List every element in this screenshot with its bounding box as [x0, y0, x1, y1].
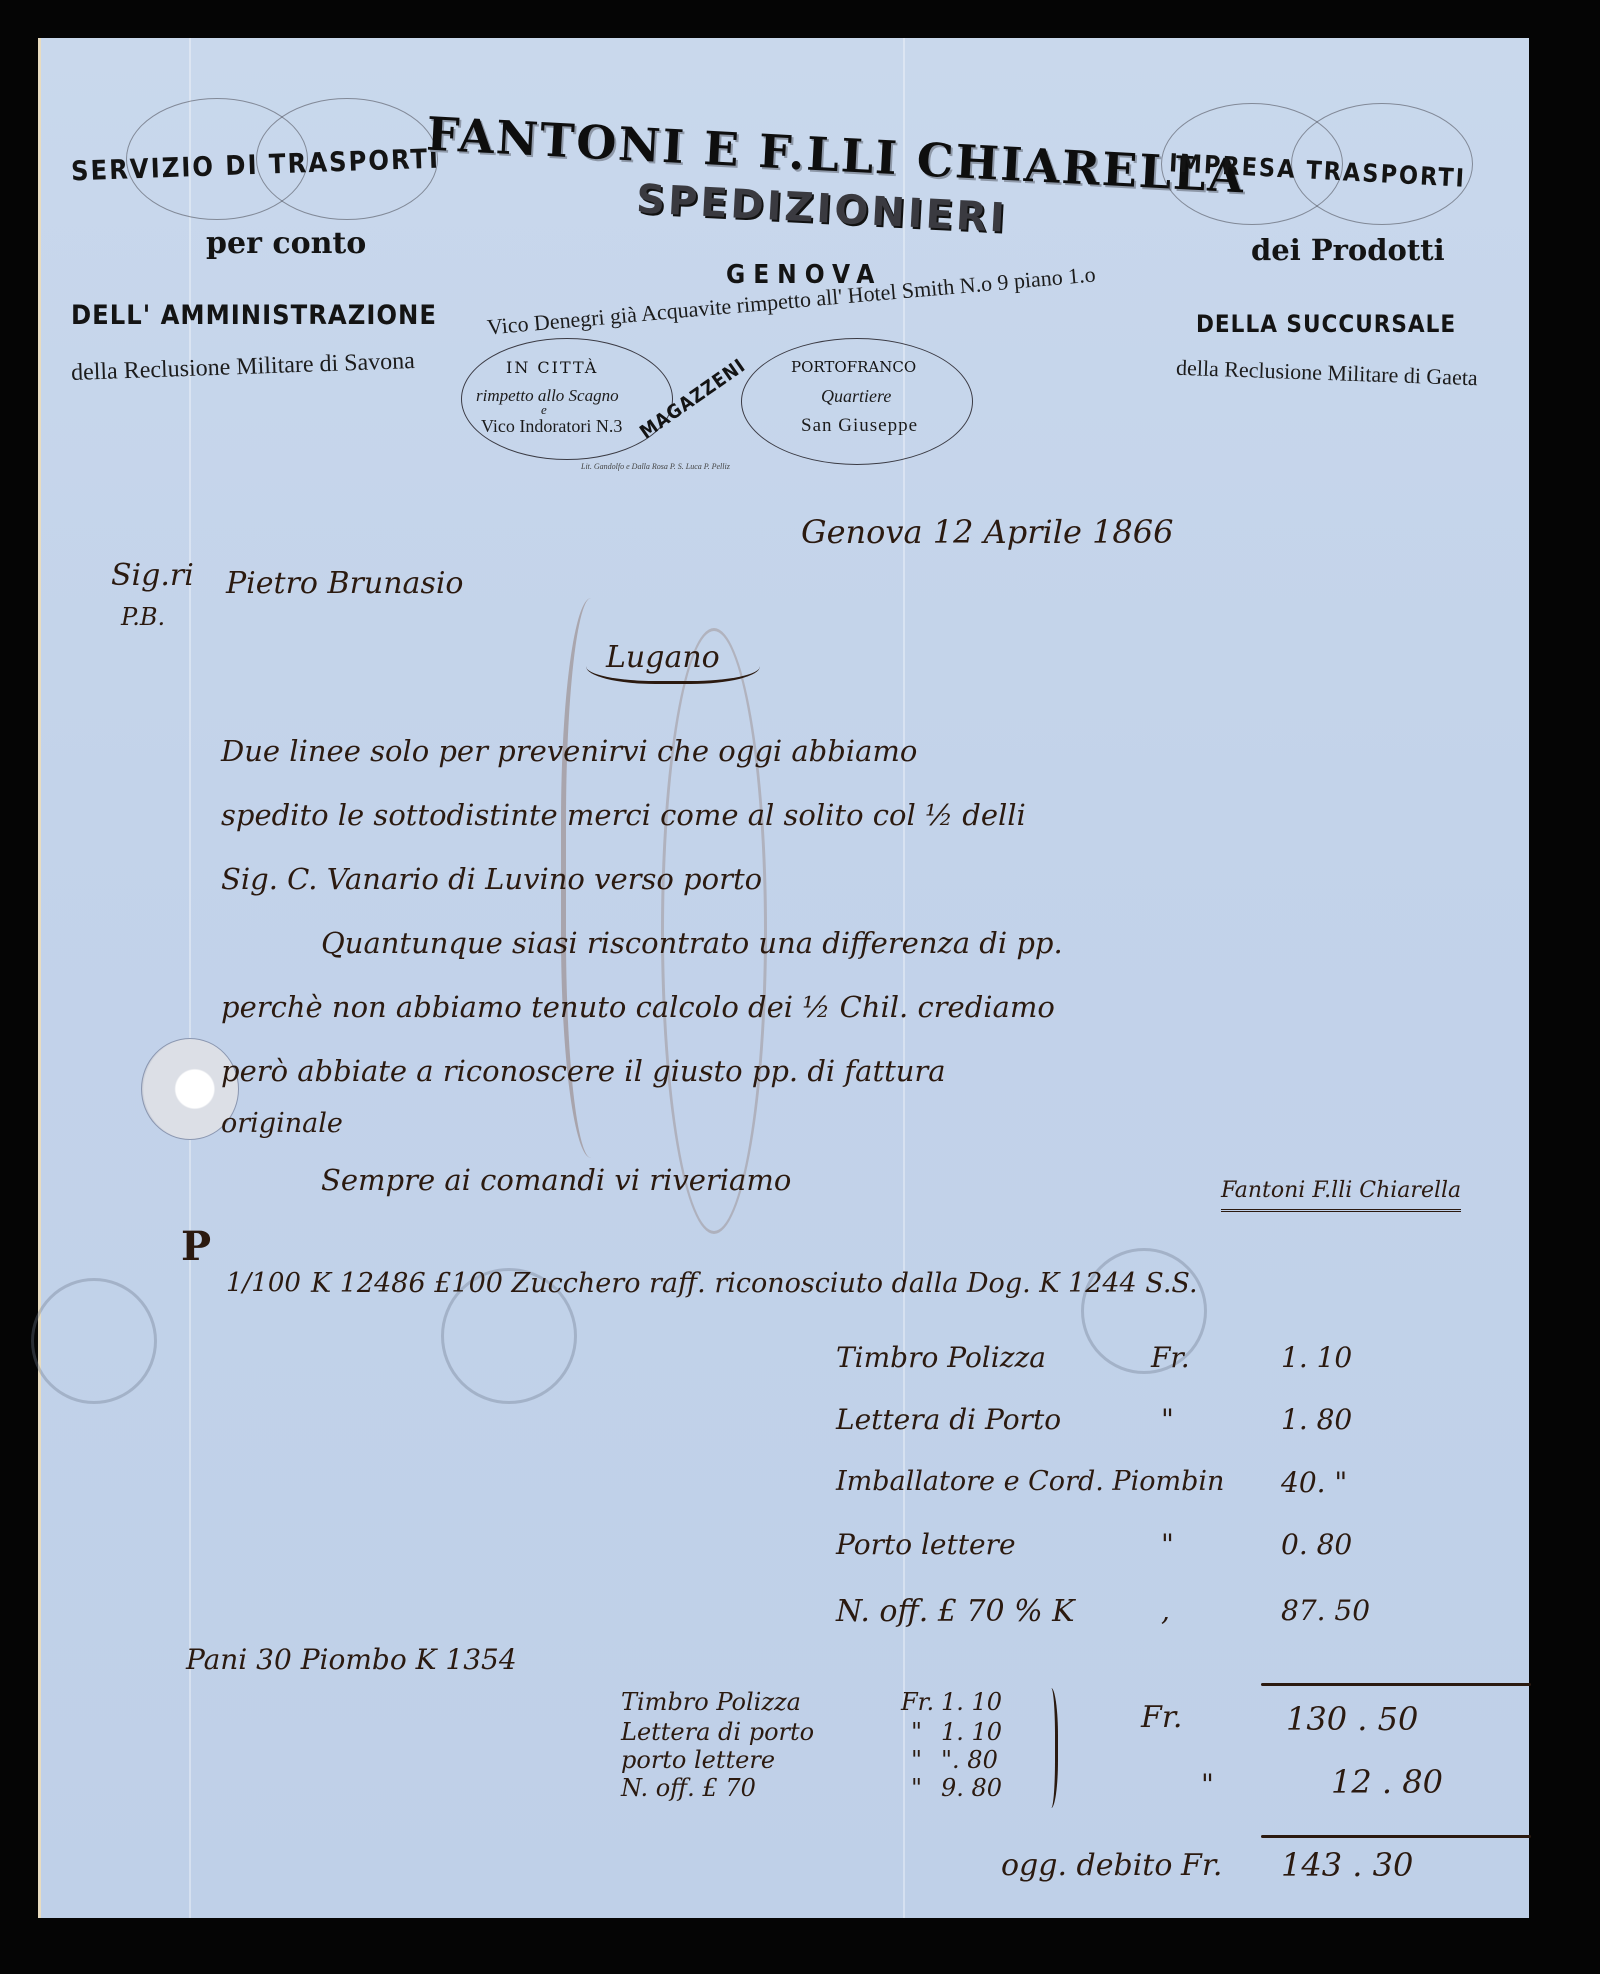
left-line3: DELL' AMMINISTRAZIONE	[71, 300, 437, 331]
item-label: N. off. £ 70	[621, 1774, 756, 1802]
item-currency: "	[911, 1774, 922, 1802]
item-currency: "	[1161, 1528, 1174, 1561]
item-currency: "	[911, 1746, 922, 1774]
body-line-2: spedito le sottodistinte merci come al s…	[221, 798, 1026, 832]
printer-note: Lit. Gandolfo e Dalla Rosa P. S. Luca P.…	[581, 462, 730, 471]
brace-icon	[1041, 1688, 1058, 1808]
item-currency: Fr.	[1151, 1341, 1190, 1374]
grand-total-currency: Fr.	[1181, 1848, 1222, 1883]
portofranco-title: PORTOFRANCO	[791, 358, 916, 376]
postmark-stamp-icon	[31, 1278, 157, 1404]
recipient-city: Lugano	[586, 640, 760, 684]
account-mark: P	[181, 1223, 211, 1270]
in-citta-title: IN CITTÀ	[506, 358, 598, 377]
portofranco-line2: San Giuseppe	[801, 415, 918, 437]
fold-line	[903, 38, 905, 1918]
body-line-6: però abbiate a riconoscere il giusto pp.…	[221, 1054, 946, 1088]
item-amount: 1. 10	[1281, 1341, 1352, 1374]
left-line2: per conto	[206, 226, 366, 261]
left-line4: della Reclusione Militare di Savona	[71, 348, 416, 387]
body-line-1: Due linee solo per prevenirvi che oggi a…	[221, 734, 917, 768]
item-label: N. off. £ 70 % K	[836, 1594, 1075, 1629]
item-label: Imballatore e Cord. Piombin	[836, 1466, 1224, 1497]
subtotal-currency: Fr.	[1141, 1700, 1182, 1735]
body-line-3: Sig. C. Vanario di Luvino verso porto	[221, 862, 762, 896]
portofranco-line1: Quartiere	[821, 386, 891, 407]
body-line-4: Quantunque siasi riscontrato una differe…	[321, 926, 1063, 960]
body-line-7: originale	[221, 1108, 343, 1139]
account-header-text: K 12486 £100 Zucchero raff. riconosciuto…	[311, 1268, 1198, 1299]
second-lot-total-currency: "	[1201, 1768, 1214, 1801]
item-currency: "	[1161, 1403, 1174, 1436]
second-lot-total: 12 . 80	[1331, 1763, 1443, 1801]
salutation-prefix2: P.B.	[121, 603, 165, 631]
item-label: Porto lettere	[836, 1528, 1016, 1561]
item-amount: 0. 80	[1281, 1528, 1352, 1561]
in-citta-line2: Vico Indoratori N.3	[481, 416, 622, 437]
item-currency: "	[911, 1718, 922, 1746]
in-citta-line1: rimpetto allo Scagno	[476, 386, 619, 406]
closing: Sempre ai comandi vi riveriamo	[321, 1163, 791, 1197]
item-currency: Fr.	[901, 1688, 934, 1716]
salutation-prefix: Sig.ri	[111, 558, 194, 593]
item-amount: ". 80	[941, 1746, 998, 1774]
grand-total-amount: 143 . 30	[1281, 1846, 1413, 1884]
item-amount: 87. 50	[1281, 1594, 1370, 1627]
item-amount: 1. 10	[941, 1718, 1002, 1746]
item-amount: 1. 10	[941, 1688, 1002, 1716]
grand-total-rule	[1261, 1835, 1531, 1838]
second-lot-label: Pani 30 Piombo K 1354	[186, 1643, 517, 1676]
subtotal-amount: 130 . 50	[1286, 1700, 1418, 1738]
body-line-5: perchè non abbiamo tenuto calcolo dei ½ …	[221, 990, 1055, 1024]
item-amount: 1. 80	[1281, 1403, 1352, 1436]
item-label: porto lettere	[621, 1746, 775, 1774]
signature: Fantoni F.lli Chiarella	[1221, 1178, 1461, 1212]
item-label: Lettera di porto	[621, 1718, 814, 1746]
item-label: Lettera di Porto	[836, 1403, 1061, 1436]
letter-sheet: SERVIZIO DI TRASPORTI per conto DELL' AM…	[38, 38, 1529, 1918]
subtotal-rule	[1261, 1683, 1531, 1686]
right-line4: della Reclusione Militare di Gaeta	[1176, 355, 1479, 392]
item-amount: 9. 80	[941, 1774, 1002, 1802]
right-line3: DELLA SUCCURSALE	[1196, 310, 1456, 338]
right-line2: dei Prodotti	[1251, 233, 1445, 267]
grand-total-label: ogg. debito	[1001, 1848, 1172, 1883]
account-fraction: 1/100	[226, 1268, 301, 1298]
item-currency: ,	[1161, 1594, 1170, 1627]
recipient-name: Pietro Brunasio	[226, 566, 464, 601]
place-date: Genova 12 Aprile 1866	[801, 513, 1174, 551]
item-label: Timbro Polizza	[836, 1341, 1046, 1374]
item-amount: 40. "	[1281, 1466, 1347, 1499]
item-label: Timbro Polizza	[621, 1688, 801, 1716]
